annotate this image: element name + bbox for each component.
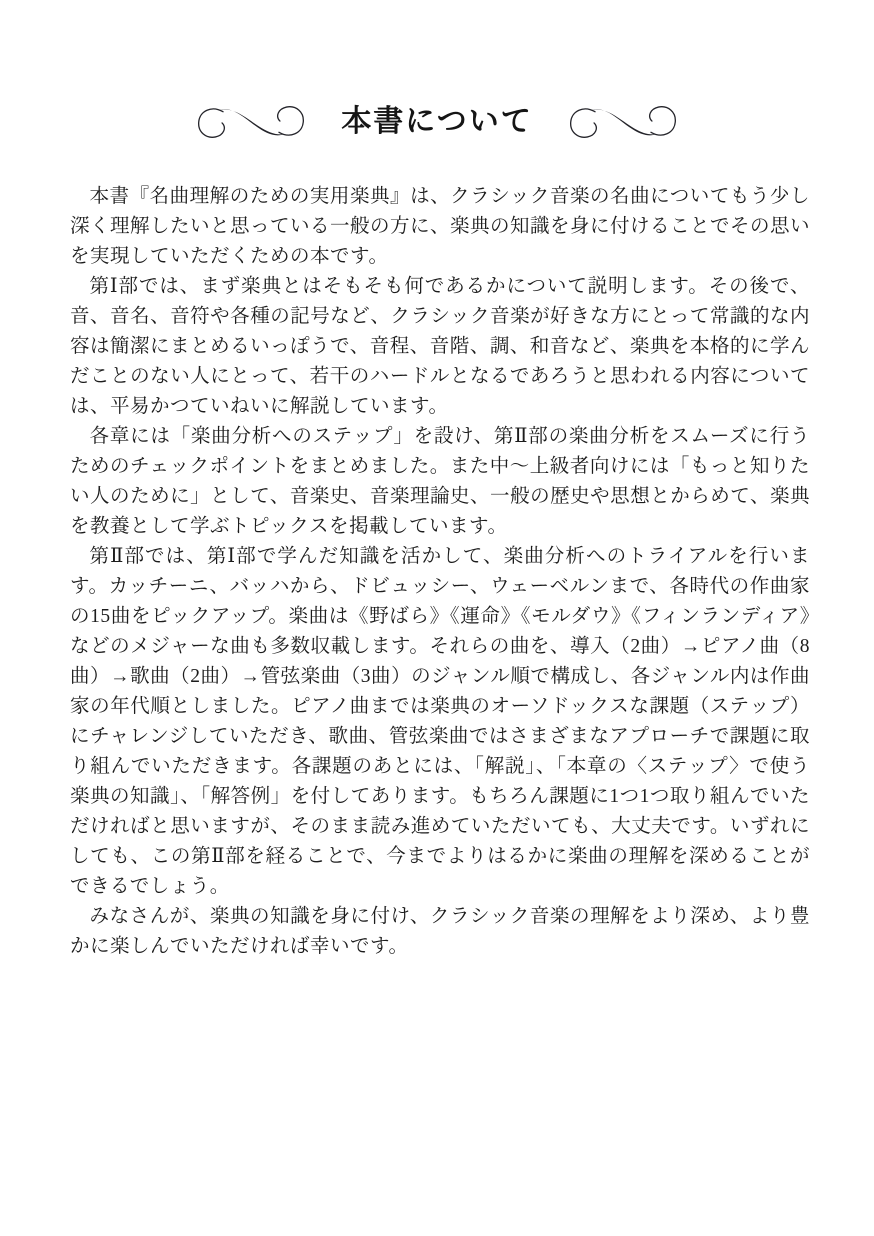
body-text: 本書『名曲理解のための実用楽典』は、クラシック音楽の名曲についてもう少し深く理解… — [0, 182, 874, 962]
paragraph-closing: みなさんが、楽典の知識を身に付け、クラシック音楽の理解をより深め、より豊かに楽し… — [70, 902, 810, 962]
title-row: 本書について — [0, 0, 874, 148]
flourish-ornament-left-icon — [195, 99, 307, 145]
paragraph-part2: 第Ⅱ部では、第Ⅰ部で学んだ知識を活かして、楽曲分析へのトライアルを行います。カッ… — [70, 542, 810, 902]
paragraph-chapter-steps: 各章には「楽曲分析へのステップ」を設け、第Ⅱ部の楽曲分析をスムーズに行うためのチ… — [70, 422, 810, 542]
book-page: 本書について 本書『名曲理解のための実用楽典』は、クラシック音楽の名曲についても… — [0, 0, 874, 1236]
flourish-ornament-right-icon — [567, 99, 679, 145]
paragraph-part1: 第Ⅰ部では、まず楽典とはそもそも何であるかについて説明します。その後で、音、音名… — [70, 272, 810, 422]
page-title: 本書について — [341, 107, 532, 137]
paragraph-intro: 本書『名曲理解のための実用楽典』は、クラシック音楽の名曲についてもう少し深く理解… — [70, 182, 810, 272]
